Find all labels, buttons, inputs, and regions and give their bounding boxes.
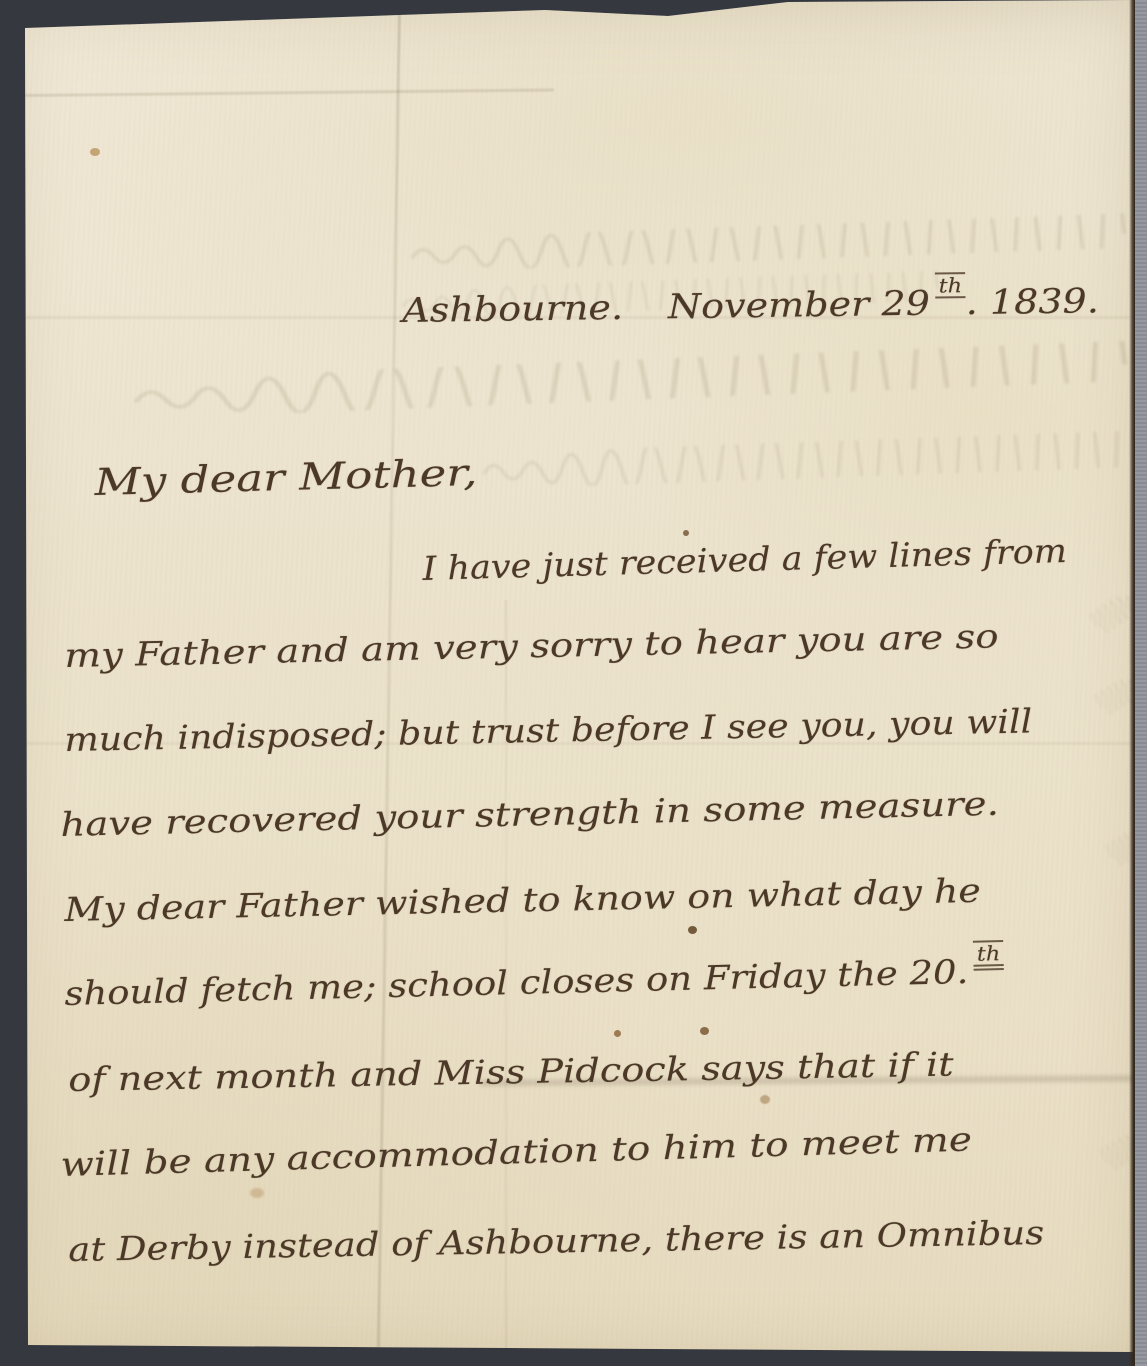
letter-scan: Ashbourne.November 29th. 1839. My dear M… [0,0,1147,1366]
foxing-spot [700,1027,709,1035]
letter-body-line-9: at Derby instead of Ashbourne, there is … [68,1213,1044,1269]
foxing-spot [760,1095,770,1104]
body-line-6-text: should fetch me; school closes on Friday… [64,952,969,1013]
scanner-bed-strip [1134,0,1147,1366]
letter-body-line-4: have recovered your strength in some mea… [60,784,999,844]
foxing-spot [250,1188,264,1198]
ink-showthrough [480,430,1141,489]
fold-crease-horizontal [24,88,554,97]
dateline-year: . 1839. [965,281,1099,323]
letter-body-line-5: My dear Father wished to know on what da… [64,871,981,929]
letter-body-line-1: I have just received a few lines from [422,531,1067,588]
dateline-place: Ashbourne. [402,288,623,331]
foxing-spot [90,148,100,156]
letter-salutation: My dear Mother, [94,451,478,504]
dateline-date: November 29 [668,284,931,328]
ink-showthrough [130,341,1131,419]
foxing-spot [614,1030,621,1037]
paper-right-edge [1129,0,1135,1366]
letter-paper: Ashbourne.November 29th. 1839. My dear M… [0,0,1147,1366]
letter-body-line-6: should fetch me; school closes on Friday… [64,951,1005,1015]
dateline-gap [623,318,668,319]
body-line-6-ordinal: th [973,940,1004,971]
letter-body-line-2: my Father and am very sorry to hear you … [64,616,999,675]
letter-body-line-8: will be any accommodation to him to meet… [60,1120,972,1184]
letter-body-line-7: of next month and Miss Pidcock says that… [68,1045,954,1099]
letter-dateline: Ashbourne.November 29th. 1839. [402,281,1099,331]
foxing-spot [688,926,697,934]
foxing-spot [683,530,689,536]
ink-showthrough [1024,585,1145,681]
dateline-ordinal: th [935,272,966,298]
ink-showthrough [408,213,1129,272]
letter-body-line-3: much indisposed; but trust before I see … [64,701,1033,759]
